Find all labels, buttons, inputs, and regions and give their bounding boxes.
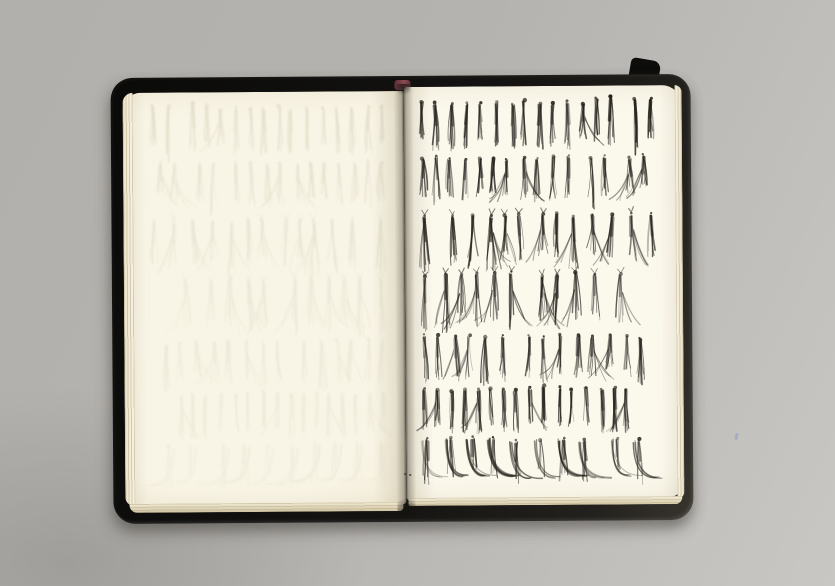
left-page-bottom-edge (129, 502, 403, 513)
scanner-background (0, 0, 835, 586)
page-gutter (394, 87, 417, 507)
gutter-fold-bottom (397, 494, 415, 516)
gutter-fold-top (396, 84, 410, 98)
left-page (123, 91, 407, 506)
left-page-edge-stack (123, 93, 136, 506)
notebook (0, 0, 835, 586)
right-page (404, 85, 685, 500)
